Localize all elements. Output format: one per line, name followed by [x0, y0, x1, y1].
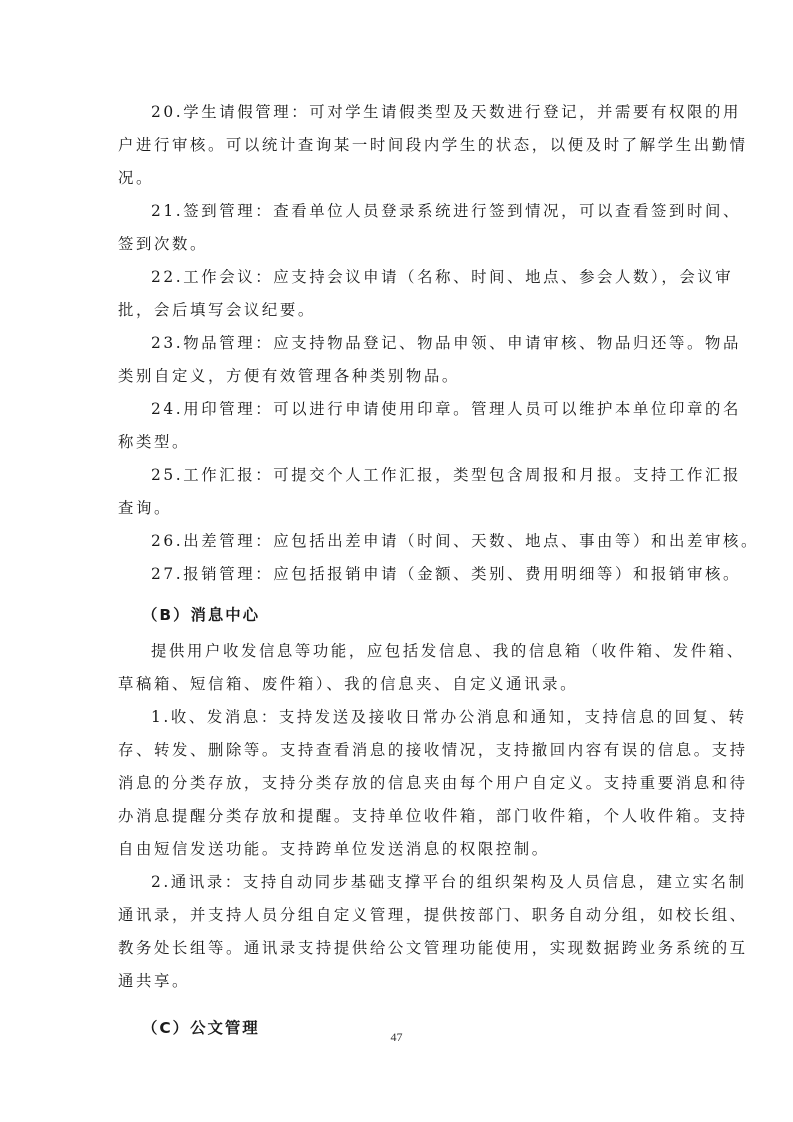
- paragraph-line: 自由短信发送功能。支持跨单位发送消息的权限控制。: [118, 833, 674, 866]
- paragraph-line: 教务处长组等。通讯录支持提供给公文管理功能使用，实现数据跨业务系统的互: [118, 932, 674, 965]
- paragraph-line: 办消息提醒分类存放和提醒。支持单位收件箱，部门收件箱，个人收件箱。支持: [118, 800, 674, 833]
- paragraph-line: 通共享。: [118, 965, 674, 998]
- document-page: 20.学生请假管理：可对学生请假类型及天数进行登记，并需要有权限的用 户进行审核…: [0, 0, 793, 1122]
- paragraph-line: 25.工作汇报：可提交个人工作汇报，类型包含周报和月报。支持工作汇报: [118, 459, 674, 492]
- paragraph-line: 26.出差管理：应包括出差申请（时间、天数、地点、事由等）和出差审核。: [118, 525, 674, 558]
- paragraph-line: 查询。: [118, 492, 674, 525]
- paragraph-line: 23.物品管理：应支持物品登记、物品申领、申请审核、物品归还等。物品: [118, 327, 674, 360]
- page-number: 47: [0, 1030, 793, 1045]
- paragraph-item-21: 21.签到管理：查看单位人员登录系统进行签到情况，可以查看签到时间、 签到次数。: [118, 195, 674, 261]
- paragraph-item-27: 27.报销管理：应包括报销申请（金额、类别、费用明细等）和报销审核。: [118, 558, 674, 591]
- paragraph-line: 通讯录，并支持人员分组自定义管理，提供按部门、职务自动分组，如校长组、: [118, 899, 674, 932]
- paragraph-item-25: 25.工作汇报：可提交个人工作汇报，类型包含周报和月报。支持工作汇报 查询。: [118, 459, 674, 525]
- paragraph-line: 24.用印管理：可以进行申请使用印章。管理人员可以维护本单位印章的名: [118, 393, 674, 426]
- paragraph-item-26: 26.出差管理：应包括出差申请（时间、天数、地点、事由等）和出差审核。: [118, 525, 674, 558]
- paragraph-item-23: 23.物品管理：应支持物品登记、物品申领、申请审核、物品归还等。物品 类别自定义…: [118, 327, 674, 393]
- paragraph-line: 签到次数。: [118, 228, 674, 261]
- paragraph-line: 1.收、发消息：支持发送及接收日常办公消息和通知，支持信息的回复、转: [118, 701, 674, 734]
- paragraph-line: 存、转发、删除等。支持查看消息的接收情况，支持撤回内容有误的信息。支持: [118, 734, 674, 767]
- paragraph-line: 况。: [118, 162, 674, 195]
- section-b-intro: 提供用户收发信息等功能，应包括发信息、我的信息箱（收件箱、发件箱、 草稿箱、短信…: [118, 635, 674, 701]
- paragraph-item-22: 22.工作会议：应支持会议申请（名称、时间、地点、参会人数），会议审 批，会后填…: [118, 261, 674, 327]
- paragraph-line: 类别自定义，方便有效管理各种类别物品。: [118, 360, 674, 393]
- paragraph-line: 2.通讯录：支持自动同步基础支撑平台的组织架构及人员信息，建立实名制: [118, 866, 674, 899]
- paragraph-line: 批，会后填写会议纪要。: [118, 294, 674, 327]
- paragraph-line: 提供用户收发信息等功能，应包括发信息、我的信息箱（收件箱、发件箱、: [118, 635, 674, 668]
- paragraph-line: 草稿箱、短信箱、废件箱）、我的信息夹、自定义通讯录。: [118, 668, 674, 701]
- section-b-item-address-book: 2.通讯录：支持自动同步基础支撑平台的组织架构及人员信息，建立实名制 通讯录，并…: [118, 866, 674, 998]
- paragraph-line: 21.签到管理：查看单位人员登录系统进行签到情况，可以查看签到时间、: [118, 195, 674, 228]
- paragraph-item-24: 24.用印管理：可以进行申请使用印章。管理人员可以维护本单位印章的名 称类型。: [118, 393, 674, 459]
- paragraph-line: 称类型。: [118, 426, 674, 459]
- section-b-item-send-receive: 1.收、发消息：支持发送及接收日常办公消息和通知，支持信息的回复、转 存、转发、…: [118, 701, 674, 866]
- paragraph-item-20: 20.学生请假管理：可对学生请假类型及天数进行登记，并需要有权限的用 户进行审核…: [118, 96, 674, 195]
- paragraph-line: 消息的分类存放，支持分类存放的信息夹由每个用户自定义。支持重要消息和待: [118, 767, 674, 800]
- paragraph-line: 户进行审核。可以统计查询某一时间段内学生的状态，以便及时了解学生出勤情: [118, 129, 674, 162]
- section-heading-message-center: （B）消息中心: [118, 595, 674, 635]
- paragraph-line: 20.学生请假管理：可对学生请假类型及天数进行登记，并需要有权限的用: [118, 96, 674, 129]
- page-body: 20.学生请假管理：可对学生请假类型及天数进行登记，并需要有权限的用 户进行审核…: [118, 96, 674, 1048]
- paragraph-line: 22.工作会议：应支持会议申请（名称、时间、地点、参会人数），会议审: [118, 261, 674, 294]
- paragraph-line: 27.报销管理：应包括报销申请（金额、类别、费用明细等）和报销审核。: [118, 558, 674, 591]
